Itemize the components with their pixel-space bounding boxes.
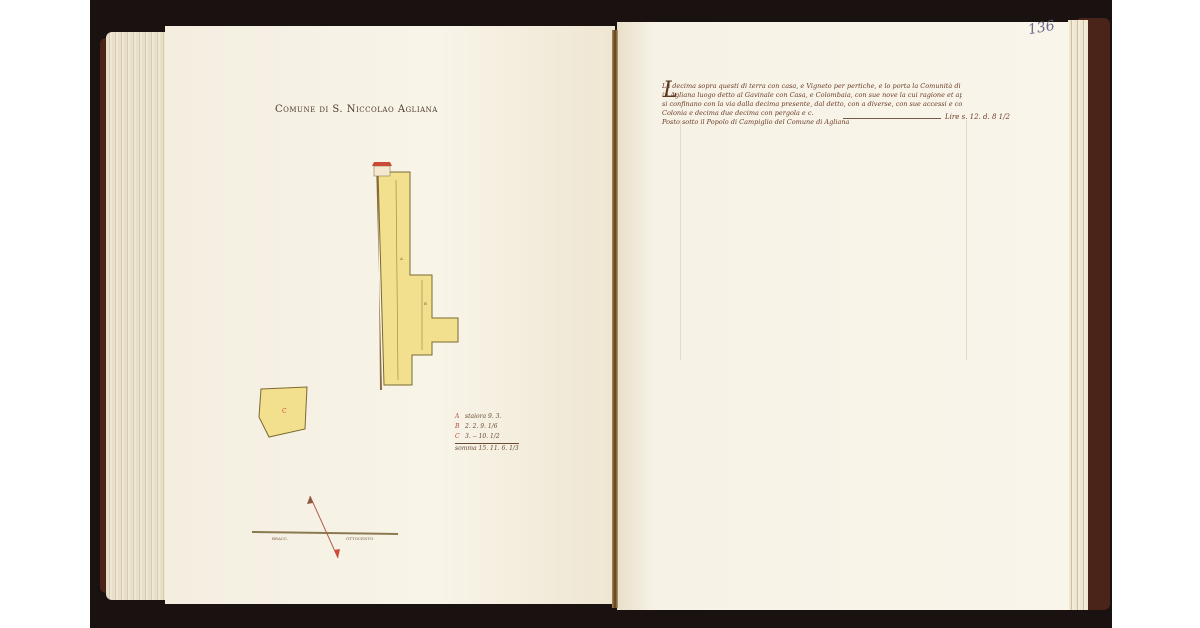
legend-total: somma 15. 11. 6. 1/3 (455, 443, 519, 454)
ruled-margin (680, 120, 967, 360)
book-gutter (612, 30, 618, 608)
plot-a-b-map: A B · · · · · (366, 160, 476, 390)
svg-text:B: B (424, 301, 427, 306)
manuscript-text: La decima sopra questi di terra con casa… (662, 82, 962, 127)
svg-text:OTTOCENTO: OTTOCENTO (346, 536, 374, 541)
map-title: Comune di S. Niccolao Agliana (275, 104, 438, 115)
amount-rule (843, 118, 941, 119)
scale-bar-compass: BRACC. OTTOCENTO (250, 492, 410, 562)
legend-row-c: C3. -- 10. 1/2 (455, 432, 519, 442)
area-legend: Astaiora 9. 3. B2. 2. 9. 1/6 C3. -- 10. … (455, 412, 519, 454)
svg-text:C: C (282, 408, 287, 415)
page-edges-left (106, 32, 168, 600)
page-edges-right (1068, 20, 1088, 610)
legend-row-b: B2. 2. 9. 1/6 (455, 422, 519, 432)
tax-amount: Lire s. 12. d. 8 1/2 (945, 113, 1010, 121)
plot-c-map: C (255, 383, 315, 443)
legend-row-a: Astaiora 9. 3. (455, 412, 519, 422)
svg-text:A: A (399, 256, 403, 261)
svg-text:BRACC.: BRACC. (272, 536, 288, 541)
